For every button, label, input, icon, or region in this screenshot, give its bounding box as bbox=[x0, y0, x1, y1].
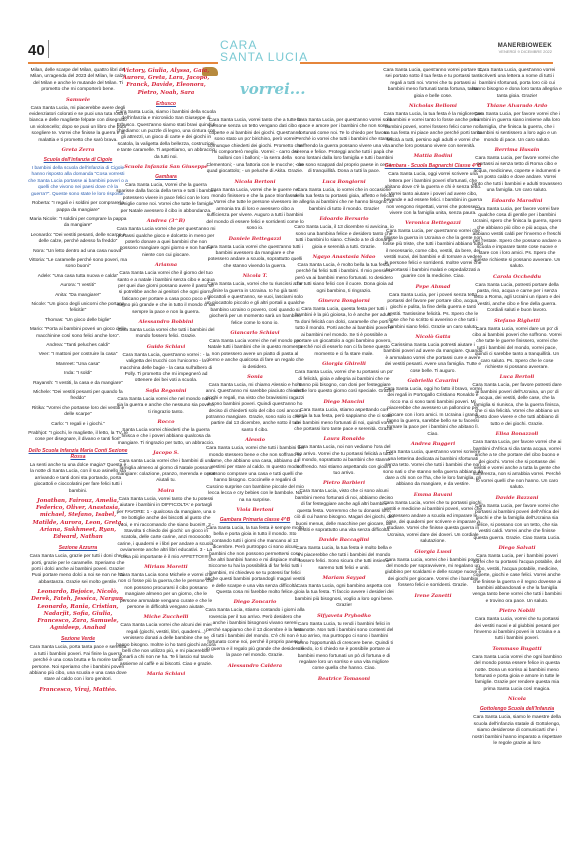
letter: Cara Santa Lucia, mi chiamo Alessio e ho… bbox=[205, 383, 305, 434]
letter: Cara Santa Lucia, quest'anno vorrei port… bbox=[383, 68, 483, 100]
header-rule-left bbox=[28, 62, 218, 64]
signature: Diego Salvati bbox=[472, 545, 562, 551]
letter: Cara Santa Lucia, questa festa per tutti… bbox=[294, 307, 394, 358]
names-list: Leonardo, Bejoice, Nicolò, Derek, Fateh,… bbox=[28, 589, 128, 632]
answer: Adele: "Una casa tutta nuova e calda" bbox=[28, 274, 128, 280]
answer: Michele: "Dei vestiti pesanti per quando… bbox=[28, 390, 128, 403]
letter: Cara Santa Lucia, vorrei che le guerre n… bbox=[205, 188, 305, 233]
letter: Cara Santa Lucia, potresti portare della… bbox=[472, 283, 562, 315]
signature: Sifyaveta Pryhodko bbox=[294, 613, 394, 619]
signature: Miriam Moretti bbox=[116, 564, 216, 570]
section-heading: Scuola dell'infanzia di Cigole bbox=[28, 157, 128, 163]
answer: Mario: "Porta ai bambini poveri un gioco… bbox=[28, 327, 128, 340]
letter: Cara Santa Lucia, per favore vorrei fare… bbox=[472, 207, 562, 271]
answer: Andrea: "Tanti peluches caldi" bbox=[28, 343, 128, 349]
signature: Pietro Barbieri bbox=[294, 480, 394, 486]
letter: Cara Santa Lucia, Vorrei che la guerra s… bbox=[116, 183, 216, 215]
signature: Giorgia Lussi bbox=[383, 549, 483, 555]
signature: Mattia Bodini bbox=[383, 153, 483, 159]
letter: Cara Santa Lucia, per i poveri senza tet… bbox=[383, 293, 483, 331]
letter: Cara santa Lucia vorrei che i bambini di… bbox=[116, 459, 216, 485]
article-columns: Milan, delle scarpe del Milan, quattro l… bbox=[28, 68, 553, 828]
names-list: Jonathan, Fairouz, Amelia, Federico, Oli… bbox=[28, 498, 128, 541]
section-heading: Gambara bbox=[116, 174, 216, 180]
answer: Manreet: "Una casa" bbox=[28, 362, 128, 368]
answer: Leonardo: "Dei vestiti pesanti, delle sc… bbox=[28, 233, 128, 246]
answer: Ritika: "Vorrei che portasse loro dei ve… bbox=[28, 406, 128, 419]
header-rule-right bbox=[300, 62, 553, 64]
publication-date: VENERDÌ 9 DICEMBRE 2022 bbox=[498, 49, 552, 54]
letter: Cara Santa Lucia, noi non vediamo l'ora … bbox=[294, 445, 394, 477]
signature: Luca Bertoli bbox=[472, 374, 562, 380]
letter: Cara Santa Lucia, vorrei tanto che a tut… bbox=[205, 118, 305, 176]
column-4: Cara Santa Lucia, per quest'anno vorrei … bbox=[294, 118, 394, 685]
signature: Diego Mancini bbox=[294, 399, 394, 405]
letter: Santa Lucia vorrei chiederti che la guer… bbox=[116, 428, 216, 447]
signature: Nicolò Gatta bbox=[383, 334, 483, 340]
letter: Cara Santa Lucia, oggi vorrei scrivere u… bbox=[383, 172, 483, 217]
letter: Cara Santa Lucia, per favore vorrei che … bbox=[472, 504, 562, 542]
signature: Davide Bazzani bbox=[472, 495, 562, 501]
signature: Viola Bertoni bbox=[205, 507, 305, 513]
signature: Nicola T. bbox=[205, 273, 305, 279]
signature: Andrea (3^B) bbox=[116, 218, 216, 224]
signature: Giorgia Ghirelli bbox=[294, 361, 394, 367]
signature: Ngayo Anastasia Ndao bbox=[294, 254, 394, 260]
letter: Caro Santa Lucia, tu rendi i bambini fel… bbox=[294, 622, 394, 673]
answer: Aurora: "I vestiti" bbox=[28, 283, 128, 289]
letter: Cara Santa Lucia, ogni bambino aspetta c… bbox=[294, 584, 394, 610]
signature: Pepe Ahmad bbox=[383, 284, 483, 290]
signature: Mariam Sayyad bbox=[294, 575, 394, 581]
answer: Roberta: "I regali e i soldini per compr… bbox=[28, 201, 128, 214]
letter: Milan, delle scarpe del Milan, quattro l… bbox=[28, 68, 128, 94]
letter: Cara Santa Lucia, quest'anno vorrei scri… bbox=[383, 450, 483, 488]
signature: Sofia Regonini bbox=[116, 388, 216, 394]
letter: Cara Santa Lucia, la tua festa è molto b… bbox=[294, 546, 394, 572]
column-5: Cara Santa Lucia, quest'anno vorrei port… bbox=[383, 68, 483, 602]
letter: Cara Santa Lucia, visto che ci sono alcu… bbox=[294, 489, 394, 534]
signature: Nicola bbox=[472, 696, 562, 702]
letter: Cara Santa Lucia, per favore vorrei che … bbox=[472, 156, 562, 194]
answer: Veer: "I mattoni per costruire la casa" bbox=[28, 352, 128, 358]
signature: Edoardo Bersario bbox=[294, 216, 394, 222]
signature: Gabriella Cavarini bbox=[383, 378, 483, 384]
logo-line-santa-lucia: SANTA LUCIA bbox=[220, 51, 300, 63]
letter: Caro Santa Lucia, il 13 dicembre si avvi… bbox=[294, 225, 394, 251]
page-number: 40 bbox=[28, 42, 45, 59]
answer: Anita: "Da mangiare!" bbox=[28, 293, 128, 299]
letter: Cara Santa Lucia, vorrei che tu portassi… bbox=[383, 501, 483, 546]
letter: Cara Santa Lucia, mi piacerebbe avere de… bbox=[28, 106, 128, 144]
answer: Nora: "Un letto dentro ad una casa nuova… bbox=[28, 249, 128, 255]
letter: Cara Santa Lucia, vorrei tanto che tu po… bbox=[116, 497, 216, 561]
section-heading: Erbusco bbox=[116, 101, 216, 107]
section-heading: Gottolengo Scuola dell'Infanzia bbox=[472, 706, 562, 712]
section-heading: Sezione Verde bbox=[28, 636, 128, 642]
page-number-divider bbox=[48, 40, 49, 58]
letter: La senti anche tu una dolce magia? Quest… bbox=[28, 463, 128, 495]
signature: Emma Bavani bbox=[383, 492, 483, 498]
letter: Carissima Santa Lucia potresti aiutare i… bbox=[383, 343, 483, 375]
signature: Nicola Bertoni bbox=[205, 179, 305, 185]
letter: Cara Santa Lucia, per favore vorrei che … bbox=[472, 112, 562, 144]
signature: Edoardo Marodini bbox=[472, 198, 562, 204]
signature: Greta Zerra bbox=[28, 147, 128, 153]
letter: Cara Santa Lucia, la tua festa è la migl… bbox=[383, 112, 483, 150]
signature: Moira bbox=[116, 488, 216, 494]
signature: Nicholas Bellomi bbox=[383, 103, 483, 109]
letter: Cara Santa Lucia, vorrei che tutti i bam… bbox=[205, 446, 305, 504]
signature: Sonia bbox=[205, 374, 305, 380]
letter: Cara Santa Lucia, quest'anno vorrei scri… bbox=[472, 68, 562, 100]
letter: Cara Santa Lucia, io vorrei che in occas… bbox=[294, 188, 394, 214]
signature: Veronica Bettegazzi bbox=[383, 220, 483, 226]
signature: Jacopo S. bbox=[116, 450, 216, 456]
letter: Cara Santa Lucia sono Michele e vorrei c… bbox=[116, 573, 216, 611]
letter: Cara Santa Lucia, stiamo contando i gior… bbox=[205, 608, 305, 659]
signature: Alessandro Bobbini bbox=[116, 319, 216, 325]
signature: Samuele bbox=[28, 97, 128, 103]
section-heading: Sezione Azzurra bbox=[28, 545, 128, 551]
letter: Cara Santa Lucia vorrei che per quest'an… bbox=[116, 227, 216, 259]
signature: Daniele Bettegazzi bbox=[205, 236, 305, 242]
names-list: Victory, Giulia, Alyssa, Gaia, Aurora, G… bbox=[116, 68, 216, 97]
signature: Luca Bongiorni bbox=[294, 179, 394, 185]
answer: Carlo: "I regali e i giochi." bbox=[28, 422, 128, 428]
signature: Pietro Nobili bbox=[472, 608, 562, 614]
letter: Cara Santa Lucia, porta tanta pace e ser… bbox=[28, 645, 128, 683]
signature: Maria Schiavi bbox=[116, 671, 216, 677]
signature: Scuola Infanzia San Giuseppe bbox=[116, 164, 216, 170]
letter: Cara Santa Lucia vorrei che quest'anno t… bbox=[205, 245, 305, 271]
signature: Alessandro Caldera bbox=[205, 663, 305, 669]
signature: Giancarlo Schiavi bbox=[205, 330, 305, 336]
intro-text: I bambini della scuola dell'infanzia di … bbox=[28, 166, 128, 198]
signature: Rocco bbox=[116, 419, 216, 425]
signature: Ginevra Bongiorni bbox=[294, 298, 394, 304]
signature: Miche Zucchelli bbox=[116, 614, 216, 620]
letter: Cara Santa Lucia, vorrei che tu riusciss… bbox=[205, 282, 305, 327]
letter: Cara Santa Lucia vorrei che alcuni dei m… bbox=[116, 623, 216, 668]
signature: Beatrice Tomasoni bbox=[294, 676, 394, 682]
letter: Cara Santa Lucia, la tua festa è sempre … bbox=[205, 526, 305, 596]
answer: Vittoria: "Le caramelle perché sono pove… bbox=[28, 258, 128, 271]
letter: Cara Santa Lucia, siamo i bambini della … bbox=[116, 110, 216, 161]
letter: Cara Santa Lucia, quest'anno vorrei : - … bbox=[116, 353, 216, 385]
masthead: MANERBIOWEEK VENERDÌ 9 DICEMBRE 2022 bbox=[498, 43, 552, 54]
letter: Cara Santa Lucia, per quest'anno vorrei … bbox=[294, 118, 394, 176]
letter: Cara Santa Lucia vorrei che nel mondo no… bbox=[116, 397, 216, 416]
signature: Thiane Alvarado Ardo bbox=[472, 103, 562, 109]
names-list: Francesco, Viraj, Mattéo. bbox=[28, 687, 128, 694]
signature: Elisa Bonazzoli bbox=[472, 431, 562, 437]
letter: Cara Santa Lucia vorrei che nel mondo pe… bbox=[205, 339, 305, 371]
letter: Cara Santa Lucia, vorrei che tu portassi… bbox=[294, 370, 394, 396]
answer: Nicole: "Un gioco degli unicorni che por… bbox=[28, 302, 128, 315]
signature: Carola Occheddu bbox=[472, 274, 562, 280]
signature: Guido Schiavi bbox=[116, 344, 216, 350]
signature: Arianna bbox=[116, 262, 216, 268]
signature: Davide Baccaglini bbox=[294, 537, 394, 543]
signature: Berrima Husain bbox=[472, 147, 562, 153]
signature: Alessio bbox=[205, 437, 305, 443]
letter: Cara Santa Lucia, siamo le maestre della… bbox=[472, 715, 562, 747]
letter: Cara Santa Lucia, è molto bella la tua f… bbox=[294, 263, 394, 295]
letter: Cara Santa Lucia, stiamo aspettando con … bbox=[294, 408, 394, 434]
letter: Cara Santa Lucia, grazie per tutti i don… bbox=[28, 554, 128, 586]
letter: Cara Santa Lucia vorrei che il giorno de… bbox=[116, 271, 216, 316]
answer: Inda: "I soldi" bbox=[28, 371, 128, 377]
column-1: Milan, delle scarpe del Milan, quattro l… bbox=[28, 68, 128, 697]
answer: Maria Nicole: "I soldini per comprare la… bbox=[28, 217, 128, 230]
answer: Thomas: "Un gioco delle biglie" bbox=[28, 318, 128, 324]
section-heading: Dello Scuola Infanzia Maria Conti Sezion… bbox=[28, 448, 128, 460]
letter: Cara Santa Lucia, vorrei che i bambini p… bbox=[383, 558, 483, 590]
signature: Andrea Ruggeri bbox=[383, 441, 483, 447]
letter: Cara Santa Lucia vorrei che ogni bambino… bbox=[472, 655, 562, 693]
letter: Cara Santa Lucia, per quest'anno vorrei … bbox=[383, 229, 483, 280]
column-6: Cara Santa Lucia, quest'anno vorrei scri… bbox=[472, 68, 562, 750]
letter: Cara Santa Lucia, vorrei che tu portassi… bbox=[472, 617, 562, 643]
signature: Diego Zoncario bbox=[205, 599, 305, 605]
column-2: Victory, Giulia, Alyssa, Gaia, Aurora, G… bbox=[116, 68, 216, 680]
answer: Rayansh: "I vestiti, la casa e da mangia… bbox=[28, 381, 128, 387]
letter: Cara Santa Lucia, vorrei dare un po' di … bbox=[472, 327, 562, 372]
column-3: Cara Santa Lucia, vorrei tanto che a tut… bbox=[205, 118, 305, 672]
signature: Irene Zanetti bbox=[383, 593, 483, 599]
letter: Cara Santa Lucia, per i bambini poveri v… bbox=[472, 554, 562, 605]
signature: Tommaso Bugatti bbox=[472, 646, 562, 652]
answer: Prabhjot: "I giochi, le magliette, il le… bbox=[28, 431, 128, 444]
signature: Stefano Righetti bbox=[472, 318, 562, 324]
section-heading: Gambara Primaria classe 4^B bbox=[205, 517, 305, 523]
signature: Laura Ronaldo bbox=[294, 436, 394, 442]
letter: Cara Santa Lucia vorrei che tutti i bamb… bbox=[116, 328, 216, 341]
letter: Cara Santa Lucia, per favore vorrei che … bbox=[472, 440, 562, 491]
section-heading: Gambara - Scuola Bagnarchi Classe 4^B bbox=[383, 163, 483, 169]
letter: Cara Santa Lucia, oggi ho fatto il bravo… bbox=[383, 387, 483, 438]
letter: Cara Santa Lucia, per favore potresti da… bbox=[472, 383, 562, 428]
